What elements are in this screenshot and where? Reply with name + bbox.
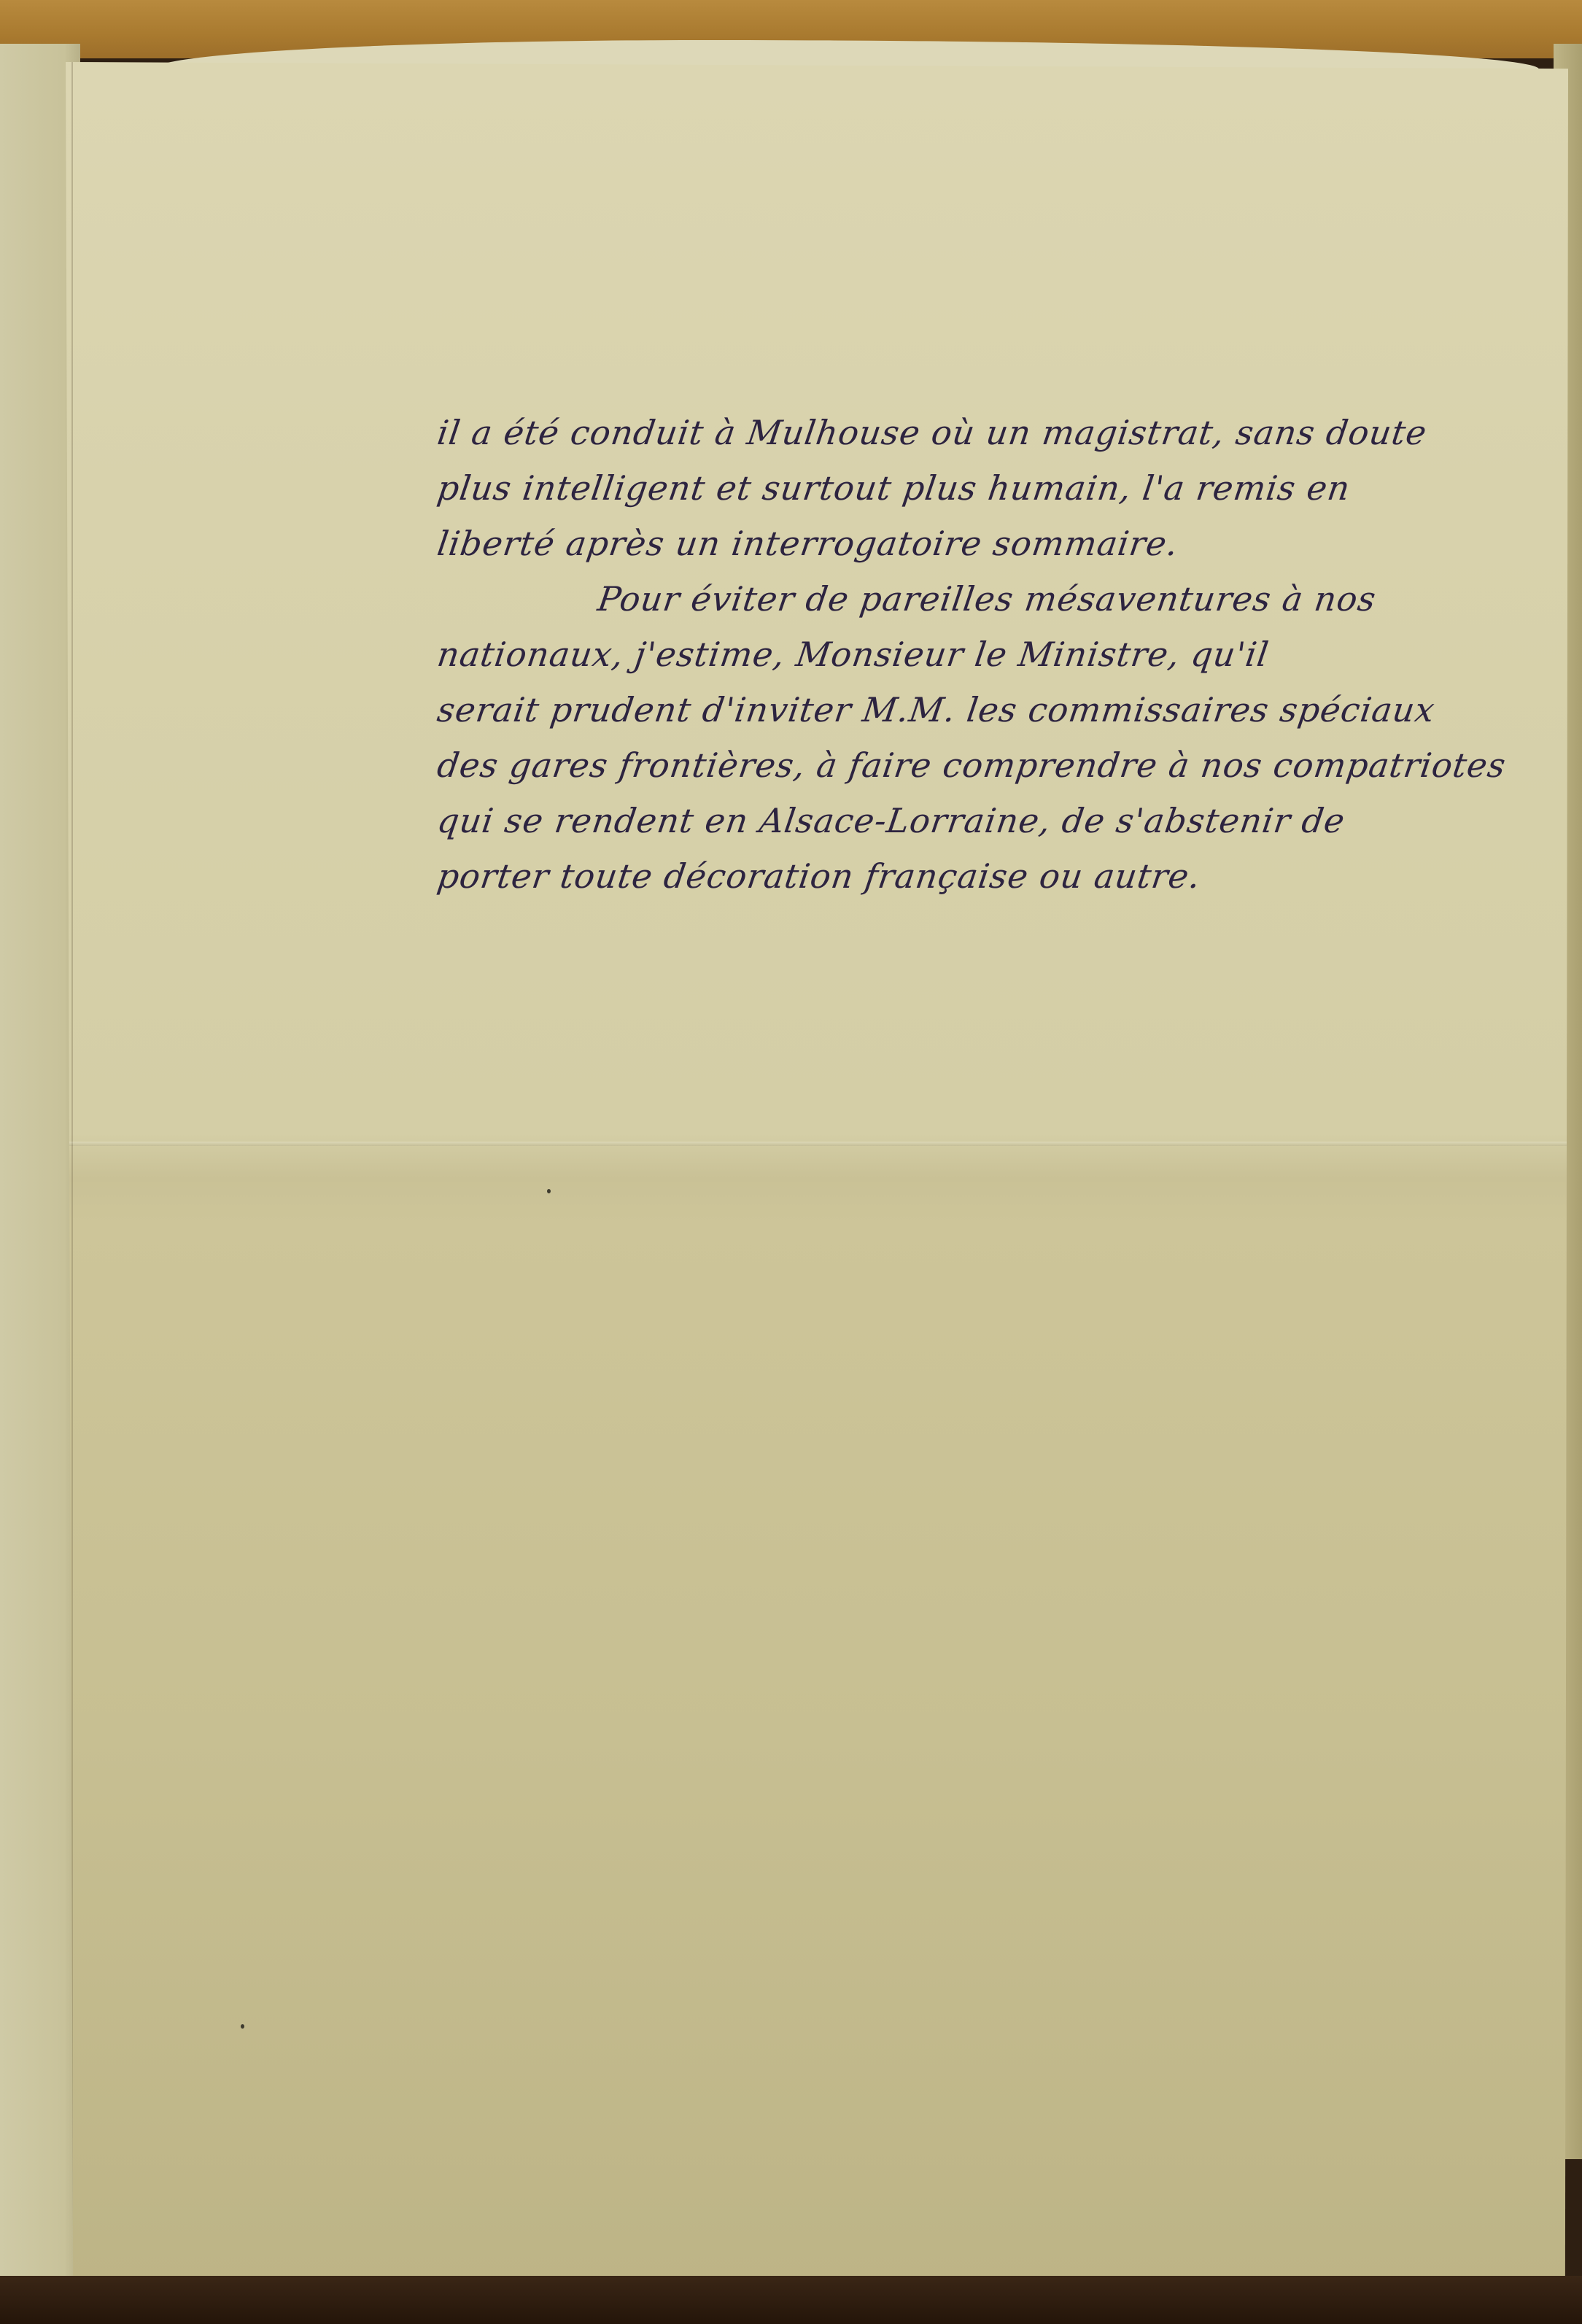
letter-body: il a été conduit à Mulhouse où un magist… (438, 405, 1582, 904)
paper-speck (547, 1189, 551, 1193)
letter-line: il a été conduit à Mulhouse où un magist… (434, 405, 1582, 460)
letter-line: serait prudent d'inviter M.M. les commis… (434, 682, 1582, 737)
paper-speck (241, 2024, 244, 2029)
paper-fold-line (66, 1142, 1568, 1146)
letter-line: porter toute décoration française ou aut… (434, 848, 1582, 904)
letter-line-paragraph-start: Pour éviter de pareilles mésaventures à … (434, 571, 1582, 627)
letter-page: il a été conduit à Mulhouse où un magist… (66, 62, 1568, 2294)
desk-surface-bottom (0, 2276, 1582, 2324)
letter-line: plus intelligent et surtout plus humain,… (434, 460, 1582, 516)
letter-line: liberté après un interrogatoire sommaire… (434, 516, 1582, 571)
letter-line: nationaux, j'estime, Monsieur le Ministr… (434, 627, 1582, 682)
letter-line: des gares frontières, à faire comprendre… (434, 737, 1582, 793)
letter-line: qui se rendent en Alsace-Lorraine, de s'… (434, 793, 1582, 848)
